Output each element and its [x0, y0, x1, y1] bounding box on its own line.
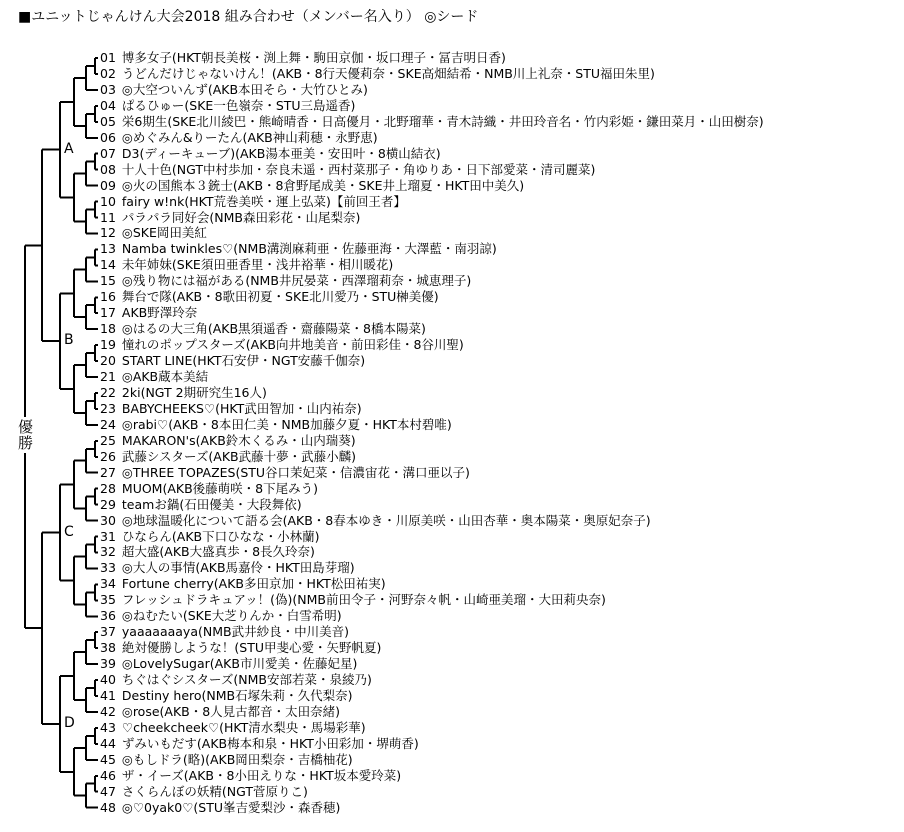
entry-number: 46 — [100, 768, 116, 784]
entry-name: ◎ねむたい(SKE大芝りんか・白雪希明) — [122, 608, 342, 623]
entry-number: 30 — [100, 513, 116, 529]
entry-name: MUOM(AKB後藤萌咲・8下尾みう) — [122, 481, 318, 496]
entry-number: 27 — [100, 465, 116, 481]
entry-row: 20START LINE(HKT石安伊・NGT安藤千伽奈) — [100, 353, 365, 369]
entry-number: 12 — [100, 225, 116, 241]
entry-row: 34Fortune cherry(AKB多田京加・HKT松田祐実) — [100, 576, 386, 592]
entry-name: fairy w!nk(HKT荒巻美咲・運上弘菜)【前回王者】 — [122, 194, 406, 209]
entry-row: 30◎地球温暖化について語る会(AKB・8春本ゆき・川原美咲・山田杏華・奥本陽菜… — [100, 513, 651, 529]
entry-number: 48 — [100, 800, 116, 816]
entry-number: 09 — [100, 178, 116, 194]
entry-row: 12◎SKE岡田美紅 — [100, 225, 207, 241]
entry-row: 39◎LovelySugar(AKB市川愛美・佐藤妃星) — [100, 656, 357, 672]
entry-name: ◎SKE岡田美紅 — [122, 225, 207, 240]
entry-row: 02うどんだけじゃないけん！(AKB・8行天優莉奈・SKE高畑結希・NMB川上礼… — [100, 66, 655, 82]
entry-number: 43 — [100, 720, 116, 736]
entry-row: 17AKB野澤玲奈 — [100, 305, 197, 321]
entry-number: 05 — [100, 114, 116, 130]
entry-number: 16 — [100, 289, 116, 305]
entry-name: ◎大空ついんず(AKB本田そら・大竹ひとみ) — [122, 82, 368, 97]
entry-number: 19 — [100, 337, 116, 353]
entry-name: ◎地球温暖化について語る会(AKB・8春本ゆき・川原美咲・山田杏華・奥本陽菜・奥… — [122, 513, 651, 528]
entry-number: 25 — [100, 433, 116, 449]
entry-name: AKB野澤玲奈 — [122, 305, 197, 320]
entry-number: 40 — [100, 672, 116, 688]
entry-row: 32超大盛(AKB大盛真歩・8長久玲奈) — [100, 544, 315, 560]
entry-number: 41 — [100, 688, 116, 704]
entry-row: 23BABYCHEEKS♡(HKT武田智加・山内祐奈) — [100, 401, 362, 417]
entry-row: 47さくらんぼの妖精(NGT菅原りこ) — [100, 784, 308, 800]
entry-name: teamお鍋(石田優美・大段舞依) — [122, 497, 302, 512]
entry-name: ◎rose(AKB・8人見古都音・太田奈緒) — [122, 704, 340, 719]
entry-number: 31 — [100, 529, 116, 545]
entry-name: yaaaaaaaya(NMB武井紗良・中川美音) — [122, 624, 349, 639]
entry-number: 08 — [100, 162, 116, 178]
entry-row: 18◎はるの大三角(AKB黒須遥香・齋藤陽菜・8橋本陽菜) — [100, 321, 426, 337]
entry-row: 37yaaaaaaaya(NMB武井紗良・中川美音) — [100, 624, 349, 640]
entry-number: 17 — [100, 305, 116, 321]
entry-name: ◎THREE TOPAZES(STU谷口茉妃菜・信濃宙花・溝口亜以子) — [122, 465, 470, 480]
entry-row: 48◎♡0yak0♡(STU峯吉愛梨沙・森香穂) — [100, 800, 340, 816]
entry-name: Fortune cherry(AKB多田京加・HKT松田祐実) — [122, 576, 386, 591]
entry-number: 06 — [100, 130, 116, 146]
entry-row: 27◎THREE TOPAZES(STU谷口茉妃菜・信濃宙花・溝口亜以子) — [100, 465, 470, 481]
entry-name: ぱるひゅー(SKE一色嶺奈・STU三島遥香) — [122, 98, 356, 113]
entry-name: ずみいもだす(AKB梅本和泉・HKT小田彩加・堺萌香) — [122, 736, 419, 751]
entry-row: 43♡cheekcheek♡(HKT清水梨央・馬場彩華) — [100, 720, 366, 736]
entry-row: 33◎大人の事情(AKB馬嘉伶・HKT田島芽瑠) — [100, 560, 355, 576]
entry-row: 29teamお鍋(石田優美・大段舞依) — [100, 497, 302, 513]
entry-number: 34 — [100, 576, 116, 592]
entry-number: 37 — [100, 624, 116, 640]
entry-row: 05栄6期生(SKE北川綾巴・熊崎晴香・日高優月・北野瑠華・青木詩織・井田玲音名… — [100, 114, 764, 130]
entry-number: 35 — [100, 592, 116, 608]
entry-number: 11 — [100, 210, 116, 226]
entry-name: ちぐはぐシスターズ(NMB安部若菜・泉綾乃) — [122, 672, 372, 687]
entry-name: 博多女子(HKT朝長美桜・渕上舞・駒田京伽・坂口理子・冨吉明日香) — [122, 50, 506, 65]
entry-number: 23 — [100, 401, 116, 417]
entry-row: 03◎大空ついんず(AKB本田そら・大竹ひとみ) — [100, 82, 368, 98]
entry-row: 09◎火の国熊本３銃士(AKB・8倉野尾成美・SKE井上瑠夏・HKT田中美久) — [100, 178, 524, 194]
entry-number: 24 — [100, 417, 116, 433]
entry-row: 45◎もしドラ(略)(AKB岡田梨奈・吉橋柚花) — [100, 752, 353, 768]
entry-row: 26武藤シスターズ(AKB武藤十夢・武藤小麟) — [100, 449, 356, 465]
entry-row: 24◎rabi♡(AKB・8本田仁美・NMB加藤夕夏・HKT本村碧唯) — [100, 417, 452, 433]
entry-number: 47 — [100, 784, 116, 800]
entry-number: 22 — [100, 385, 116, 401]
entry-row: 46ザ・イーズ(AKB・8小田えりな・HKT坂本愛玲菜) — [100, 768, 401, 784]
entry-number: 28 — [100, 481, 116, 497]
entry-name: フレッシュドラキュアッ！(偽)(NMB前田令子・河野奈々帆・山崎亜美瑠・大田莉央… — [122, 592, 606, 607]
entry-name: ◎もしドラ(略)(AKB岡田梨奈・吉橋柚花) — [122, 752, 353, 767]
entry-row: 19憧れのポップスターズ(AKB向井地美音・前田彩佳・8谷川聖) — [100, 337, 464, 353]
entry-name: ◎残り物には福がある(NMB井尻晏菜・西澤瑠莉奈・城恵理子) — [122, 273, 471, 288]
entry-row: 21◎AKB蔵本美結 — [100, 369, 208, 385]
entry-number: 07 — [100, 146, 116, 162]
entry-name: ◎大人の事情(AKB馬嘉伶・HKT田島芽瑠) — [122, 560, 355, 575]
block-label-b: B — [63, 332, 75, 348]
entry-number: 36 — [100, 608, 116, 624]
entry-name: Destiny hero(NMB石塚朱莉・久代梨奈) — [122, 688, 353, 703]
entry-number: 20 — [100, 353, 116, 369]
entry-row: 01博多女子(HKT朝長美桜・渕上舞・駒田京伽・坂口理子・冨吉明日香) — [100, 50, 506, 66]
entry-number: 39 — [100, 656, 116, 672]
entry-name: 舞台で隊(AKB・8歌田初夏・SKE北川愛乃・STU榊美優) — [122, 289, 439, 304]
entry-name: 憧れのポップスターズ(AKB向井地美音・前田彩佳・8谷川聖) — [122, 337, 464, 352]
entry-number: 04 — [100, 98, 116, 114]
entry-number: 02 — [100, 66, 116, 82]
block-label-d: D — [63, 715, 76, 731]
entry-name: BABYCHEEKS♡(HKT武田智加・山内祐奈) — [122, 401, 362, 416]
entry-number: 01 — [100, 50, 116, 66]
entry-name: MAKARON's(AKB鈴木くるみ・山内瑞葵) — [122, 433, 356, 448]
entry-name: ◎AKB蔵本美結 — [122, 369, 208, 384]
champion-label: 優勝 — [15, 417, 36, 453]
entry-row: 40ちぐはぐシスターズ(NMB安部若菜・泉綾乃) — [100, 672, 372, 688]
entry-name: 十人十色(NGT中村歩加・奈良未遥・西村菜那子・角ゆりあ・日下部愛菜・清司麗菜) — [122, 162, 595, 177]
entry-row: 31ひならん(AKB下口ひなな・小林蘭) — [100, 529, 319, 545]
entry-name: さくらんぼの妖精(NGT菅原りこ) — [122, 784, 308, 799]
entry-name: パラパラ同好会(NMB森田彩花・山尾梨奈) — [122, 210, 360, 225]
entry-number: 33 — [100, 560, 116, 576]
entry-row: 41Destiny hero(NMB石塚朱莉・久代梨奈) — [100, 688, 353, 704]
entry-name: 武藤シスターズ(AKB武藤十夢・武藤小麟) — [122, 449, 356, 464]
entry-row: 222ki(NGT 2期研究生16人) — [100, 385, 267, 401]
entry-row: 42◎rose(AKB・8人見古都音・太田奈緒) — [100, 704, 340, 720]
entry-number: 21 — [100, 369, 116, 385]
entry-name: START LINE(HKT石安伊・NGT安藤千伽奈) — [122, 353, 365, 368]
entry-number: 10 — [100, 194, 116, 210]
entry-row: 14未年姉妹(SKE須田亜香里・浅井裕華・相川暖花) — [100, 257, 393, 273]
entry-name: 超大盛(AKB大盛真歩・8長久玲奈) — [122, 544, 315, 559]
entry-row: 06◎めぐみん&りーたん(AKB神山莉穂・永野恵) — [100, 130, 378, 146]
entry-number: 38 — [100, 640, 116, 656]
entry-number: 42 — [100, 704, 116, 720]
entry-name: ♡cheekcheek♡(HKT清水梨央・馬場彩華) — [122, 720, 366, 735]
tournament-bracket-page: ■ユニットじゃんけん大会2018 組み合わせ（メンバー名入り） ◎シード ABC… — [0, 0, 904, 832]
entry-name: ◎LovelySugar(AKB市川愛美・佐藤妃星) — [122, 656, 357, 671]
entry-name: D3(ディーキューブ)(AKB湯本亜美・安田叶・8横山結衣) — [122, 146, 441, 161]
entry-name: 栄6期生(SKE北川綾巴・熊崎晴香・日高優月・北野瑠華・青木詩織・井田玲音名・竹… — [122, 114, 764, 129]
entry-row: 28MUOM(AKB後藤萌咲・8下尾みう) — [100, 481, 318, 497]
entry-row: 10fairy w!nk(HKT荒巻美咲・運上弘菜)【前回王者】 — [100, 194, 406, 210]
entry-number: 03 — [100, 82, 116, 98]
entry-name: 絶対優勝しような！(STU甲斐心愛・矢野帆夏) — [122, 640, 381, 655]
entry-row: 08十人十色(NGT中村歩加・奈良未遥・西村菜那子・角ゆりあ・日下部愛菜・清司麗… — [100, 162, 595, 178]
entry-name: うどんだけじゃないけん！(AKB・8行天優莉奈・SKE高畑結希・NMB川上礼奈・… — [122, 66, 655, 81]
block-label-c: C — [63, 524, 75, 540]
entry-name: ◎火の国熊本３銃士(AKB・8倉野尾成美・SKE井上瑠夏・HKT田中美久) — [122, 178, 524, 193]
entry-number: 18 — [100, 321, 116, 337]
entry-row: 25MAKARON's(AKB鈴木くるみ・山内瑞葵) — [100, 433, 356, 449]
entry-row: 11パラパラ同好会(NMB森田彩花・山尾梨奈) — [100, 210, 360, 226]
entry-row: 07D3(ディーキューブ)(AKB湯本亜美・安田叶・8横山結衣) — [100, 146, 441, 162]
entry-row: 38絶対優勝しような！(STU甲斐心愛・矢野帆夏) — [100, 640, 381, 656]
entry-row: 44ずみいもだす(AKB梅本和泉・HKT小田彩加・堺萌香) — [100, 736, 419, 752]
entry-number: 13 — [100, 241, 116, 257]
entry-row: 15◎残り物には福がある(NMB井尻晏菜・西澤瑠莉奈・城恵理子) — [100, 273, 471, 289]
entry-name: ひならん(AKB下口ひなな・小林蘭) — [122, 529, 320, 544]
entry-name: ◎♡0yak0♡(STU峯吉愛梨沙・森香穂) — [122, 800, 341, 815]
entry-number: 32 — [100, 544, 116, 560]
entry-row: 16舞台で隊(AKB・8歌田初夏・SKE北川愛乃・STU榊美優) — [100, 289, 439, 305]
entry-number: 26 — [100, 449, 116, 465]
entry-name: 未年姉妹(SKE須田亜香里・浅井裕華・相川暖花) — [122, 257, 393, 272]
entry-number: 15 — [100, 273, 116, 289]
entry-name: ザ・イーズ(AKB・8小田えりな・HKT坂本愛玲菜) — [122, 768, 401, 783]
entry-name: 2ki(NGT 2期研究生16人) — [122, 385, 267, 400]
entry-number: 44 — [100, 736, 116, 752]
entry-name: Namba twinkles♡(NMB溝渕麻莉亜・佐藤亜海・大澤藍・南羽諒) — [122, 241, 497, 256]
entry-row: 36◎ねむたい(SKE大芝りんか・白雪希明) — [100, 608, 342, 624]
entry-row: 35フレッシュドラキュアッ！(偽)(NMB前田令子・河野奈々帆・山崎亜美瑠・大田… — [100, 592, 606, 608]
entry-name: ◎はるの大三角(AKB黒須遥香・齋藤陽菜・8橋本陽菜) — [122, 321, 426, 336]
block-label-a: A — [63, 141, 75, 157]
entry-name: ◎rabi♡(AKB・8本田仁美・NMB加藤夕夏・HKT本村碧唯) — [122, 417, 452, 432]
entry-number: 45 — [100, 752, 116, 768]
entry-row: 04ぱるひゅー(SKE一色嶺奈・STU三島遥香) — [100, 98, 355, 114]
entry-number: 29 — [100, 497, 116, 513]
entry-number: 14 — [100, 257, 116, 273]
entry-row: 13Namba twinkles♡(NMB溝渕麻莉亜・佐藤亜海・大澤藍・南羽諒) — [100, 241, 497, 257]
entry-name: ◎めぐみん&りーたん(AKB神山莉穂・永野恵) — [122, 130, 378, 145]
